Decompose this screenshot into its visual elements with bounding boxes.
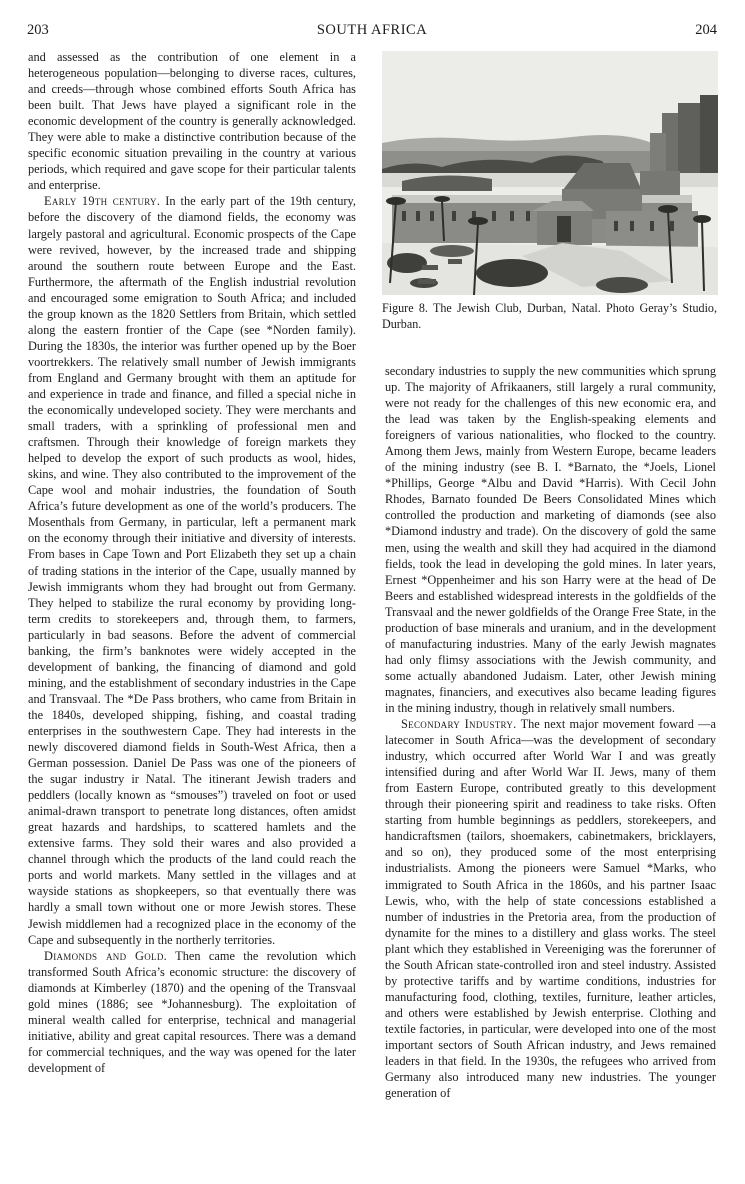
paragraph-intro: and assessed as the contribution of one …	[28, 49, 356, 193]
left-column: and assessed as the contribution of one …	[28, 49, 356, 1076]
jewish-club-durban-photo	[382, 51, 718, 295]
paragraph-body: In the early part of the 19th century, b…	[28, 194, 356, 946]
paragraph-secondary-industry: Secondary Industry. The next major movem…	[385, 716, 716, 1101]
paragraph-diamonds-and-gold: Diamonds and Gold. Then came the revolut…	[28, 948, 356, 1076]
paragraph-body: The next major movement foward —a lateco…	[385, 717, 716, 1100]
figure-caption: Figure 8. The Jewish Club, Durban, Natal…	[382, 301, 717, 332]
paragraph-body: Then came the revolution which transform…	[28, 949, 356, 1075]
section-heading-diamonds-and-gold: Diamonds and Gold.	[44, 949, 167, 963]
running-title: SOUTH AFRICA	[27, 22, 717, 39]
page-number-right: 204	[695, 22, 717, 39]
section-heading-early-19th-century: Early 19th century.	[44, 194, 160, 208]
paragraph-early-19th-century: Early 19th century. In the early part of…	[28, 193, 356, 947]
photo-illustration	[382, 51, 718, 295]
page-header: 203 SOUTH AFRICA 204	[27, 22, 717, 42]
paragraph-mining-leaders: secondary industries to supply the new c…	[385, 363, 716, 716]
section-heading-secondary-industry: Secondary Industry.	[401, 717, 517, 731]
right-column: secondary industries to supply the new c…	[385, 363, 716, 1101]
figure-8: Figure 8. The Jewish Club, Durban, Natal…	[382, 51, 720, 332]
